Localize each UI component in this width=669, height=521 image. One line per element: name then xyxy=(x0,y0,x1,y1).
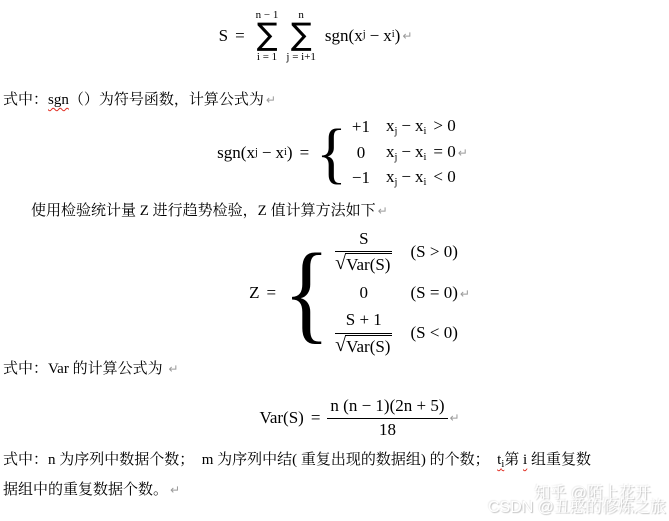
formula-z-row: Z={S√Var(S)(S > 0)0(S = 0)↵S + 1√Var(S)(… xyxy=(0,229,669,357)
equals-sign: = xyxy=(235,26,245,46)
sum-lower-limit: j = i+1 xyxy=(286,50,316,63)
paragraph-mark-icon: ↵ xyxy=(460,287,470,301)
fraction-denominator: √Var(S) xyxy=(335,334,392,357)
cases-group: {S√Var(S)(S > 0)0(S = 0)↵S + 1√Var(S)(S … xyxy=(283,229,470,357)
x-var: x xyxy=(275,143,284,163)
formula-s-definition: S=n − 1∑i = 1n∑j = i+1sgn(xj−xi)↵ xyxy=(219,8,413,63)
cases-grid: S√Var(S)(S > 0)0(S = 0)↵S + 1√Var(S)(S <… xyxy=(335,229,470,357)
inner-sum: n∑j = i+1 xyxy=(286,8,316,63)
equals-sign: = xyxy=(300,143,310,163)
sgn-function: sgn xyxy=(217,143,241,163)
fraction-denominator: √Var(S) xyxy=(335,252,392,275)
text: 据组中的重复数据个数。 xyxy=(3,482,168,498)
fraction-denominator: 18 xyxy=(379,419,396,440)
paragraph-mark-icon: ↵ xyxy=(170,483,180,497)
fraction-numerator: n (n − 1)(2n + 5) xyxy=(327,396,447,418)
paragraph-mark-icon: ↵ xyxy=(402,29,412,43)
text-prefix: 式中： xyxy=(3,361,48,377)
fraction: n (n − 1)(2n + 5)18 xyxy=(327,396,447,441)
text-suffix: 的计算公式为 xyxy=(69,361,167,377)
fraction-numerator: S xyxy=(356,229,371,251)
footnote-line-2: 据组中的重复数据个数。↵ xyxy=(3,479,180,501)
case-condition: xj−xi> 0 xyxy=(386,116,456,139)
x-var: x xyxy=(354,26,363,46)
close-paren: ) xyxy=(287,143,293,163)
subscript-j: j xyxy=(255,147,258,160)
subscript-j: j xyxy=(363,29,366,42)
var-intro-paragraph: 式中：Var 的计算公式为 ↵ xyxy=(3,358,178,380)
sigma-icon: ∑ xyxy=(257,21,278,50)
footnote-line-1: 式中：n 为序列中数据个数； m 为序列中结( 重复出现的数据组) 的个数； t… xyxy=(3,449,667,476)
sgn-term: sgn xyxy=(48,92,69,108)
text: 式中：n 为序列中数据个数； m 为序列中结( 重复出现的数据组) 的个数； xyxy=(3,452,497,468)
cases-grid: +1xj−xi> 00xj−xi= 0−1xj−xi< 0 xyxy=(352,116,456,190)
equals-sign: = xyxy=(311,408,321,428)
case-condition: (S = 0)↵ xyxy=(410,283,469,303)
paragraph-mark-icon: ↵ xyxy=(168,362,178,376)
cases-group: {+1xj−xi> 00xj−xi= 0−1xj−xi< 0↵ xyxy=(316,116,468,190)
sum-lower-limit: i = 1 xyxy=(257,50,277,63)
paragraph-mark-icon: ↵ xyxy=(378,204,388,218)
formula-var-row: Var(S)=n (n − 1)(2n + 5)18↵ xyxy=(0,396,669,441)
case-condition: xj−xi= 0 xyxy=(386,142,456,165)
paragraph-mark-icon: ↵ xyxy=(266,93,276,107)
fraction: S√Var(S) xyxy=(335,229,392,276)
document-page: S=n − 1∑i = 1n∑j = i+1sgn(xj−xi)↵ 式中：sgn… xyxy=(0,0,669,521)
text: 组重复数 xyxy=(527,452,591,468)
text: 使用检验统计量 Z 进行趋势检验，Z 值计算方法如下 xyxy=(31,203,376,219)
math-lhs: Var(S) xyxy=(259,408,303,428)
close-paren: ) xyxy=(395,26,401,46)
math-lhs: S xyxy=(219,26,228,46)
minus-sign: − xyxy=(262,143,272,163)
sigma-icon: ∑ xyxy=(291,21,312,50)
fraction: S + 1√Var(S) xyxy=(335,310,392,357)
case-condition: xj−xi< 0 xyxy=(386,167,456,190)
fraction-numerator: S + 1 xyxy=(343,310,385,332)
csdn-watermark: CSDN @丑憨的修炼之旅 xyxy=(488,494,666,517)
sgn-function: sgn xyxy=(325,26,349,46)
minus-sign: − xyxy=(370,26,380,46)
x-var: x xyxy=(246,143,255,163)
case-value: 0 xyxy=(357,143,366,163)
equals-sign: = xyxy=(266,283,276,303)
sgn-intro-paragraph: 式中：sgn（）为符号函数，计算公式为↵ xyxy=(3,89,276,111)
left-brace-icon: { xyxy=(316,122,347,183)
outer-sum: n − 1∑i = 1 xyxy=(256,8,279,63)
formula-s-row: S=n − 1∑i = 1n∑j = i+1sgn(xj−xi)↵ xyxy=(0,8,669,63)
math-lhs: Z xyxy=(249,283,259,303)
case-value: +1 xyxy=(352,117,370,137)
text: 第 xyxy=(504,452,523,468)
z-intro-paragraph: 使用检验统计量 Z 进行趋势检验，Z 值计算方法如下↵ xyxy=(31,200,388,222)
case-value: −1 xyxy=(352,168,370,188)
paragraph-mark-icon: ↵ xyxy=(458,146,468,160)
formula-sgn-row: sgn(xj−xi)={+1xj−xi> 00xj−xi= 0−1xj−xi< … xyxy=(0,116,669,190)
formula-sgn-cases: sgn(xj−xi)={+1xj−xi> 00xj−xi= 0−1xj−xi< … xyxy=(217,116,468,190)
case-value: 0 xyxy=(360,283,369,303)
left-brace-icon: { xyxy=(283,244,330,343)
text-suffix: （）为符号函数，计算公式为 xyxy=(69,92,264,108)
case-condition: (S < 0) xyxy=(410,323,457,343)
case-condition: (S > 0) xyxy=(410,242,457,262)
text-prefix: 式中： xyxy=(3,92,48,108)
var-term: Var xyxy=(48,361,69,377)
formula-var-definition: Var(S)=n (n − 1)(2n + 5)18↵ xyxy=(259,396,459,441)
formula-z-cases: Z={S√Var(S)(S > 0)0(S = 0)↵S + 1√Var(S)(… xyxy=(249,229,470,357)
x-var: x xyxy=(383,26,392,46)
paragraph-mark-icon: ↵ xyxy=(450,411,460,425)
